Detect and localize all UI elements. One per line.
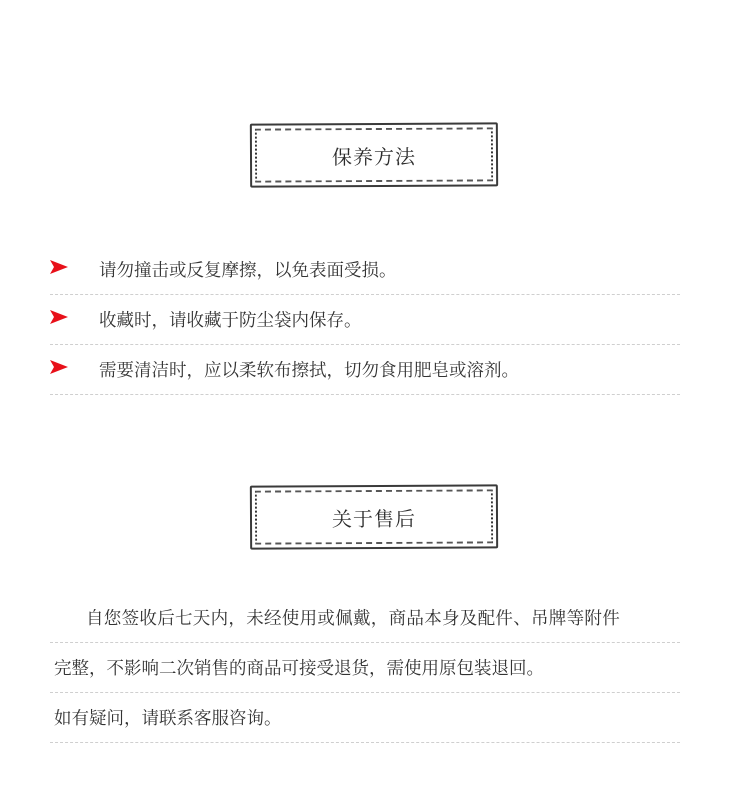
after-sales-paragraph-line: 如有疑问，请联系客服咨询。 (50, 693, 680, 743)
care-list-item: 需要清洁时，应以柔软布擦拭，切勿食用肥皂或溶剂。 (50, 345, 680, 395)
after-sales-text: 如有疑问，请联系客服咨询。 (54, 705, 282, 730)
after-sales-section-title-box: 关于售后 (250, 484, 498, 549)
care-item-text: 请勿撞击或反复摩擦，以免表面受损。 (99, 257, 397, 282)
red-arrow-icon (50, 360, 68, 374)
care-item-text: 需要清洁时，应以柔软布擦拭，切勿食用肥皂或溶剂。 (99, 357, 519, 382)
after-sales-paragraph-line: 自您签收后七天内，未经使用或佩戴，商品本身及配件、吊牌等附件 (50, 593, 680, 643)
after-sales-text: 自您签收后七天内，未经使用或佩戴，商品本身及配件、吊牌等附件 (86, 605, 620, 630)
care-list-item: 请勿撞击或反复摩擦，以免表面受损。 (50, 245, 680, 295)
after-sales-paragraph-line: 完整，不影响二次销售的商品可接受退货，需使用原包装退回。 (50, 643, 680, 693)
after-sales-section-title: 关于售后 (252, 486, 496, 547)
after-sales-text: 完整，不影响二次销售的商品可接受退货，需使用原包装退回。 (54, 655, 544, 680)
care-item-text: 收藏时，请收藏于防尘袋内保存。 (99, 307, 362, 332)
care-list-item: 收藏时，请收藏于防尘袋内保存。 (50, 295, 680, 345)
red-arrow-icon (50, 310, 68, 324)
care-section-title-box: 保养方法 (250, 122, 498, 187)
red-arrow-icon (50, 260, 68, 274)
care-section-title: 保养方法 (252, 124, 496, 185)
